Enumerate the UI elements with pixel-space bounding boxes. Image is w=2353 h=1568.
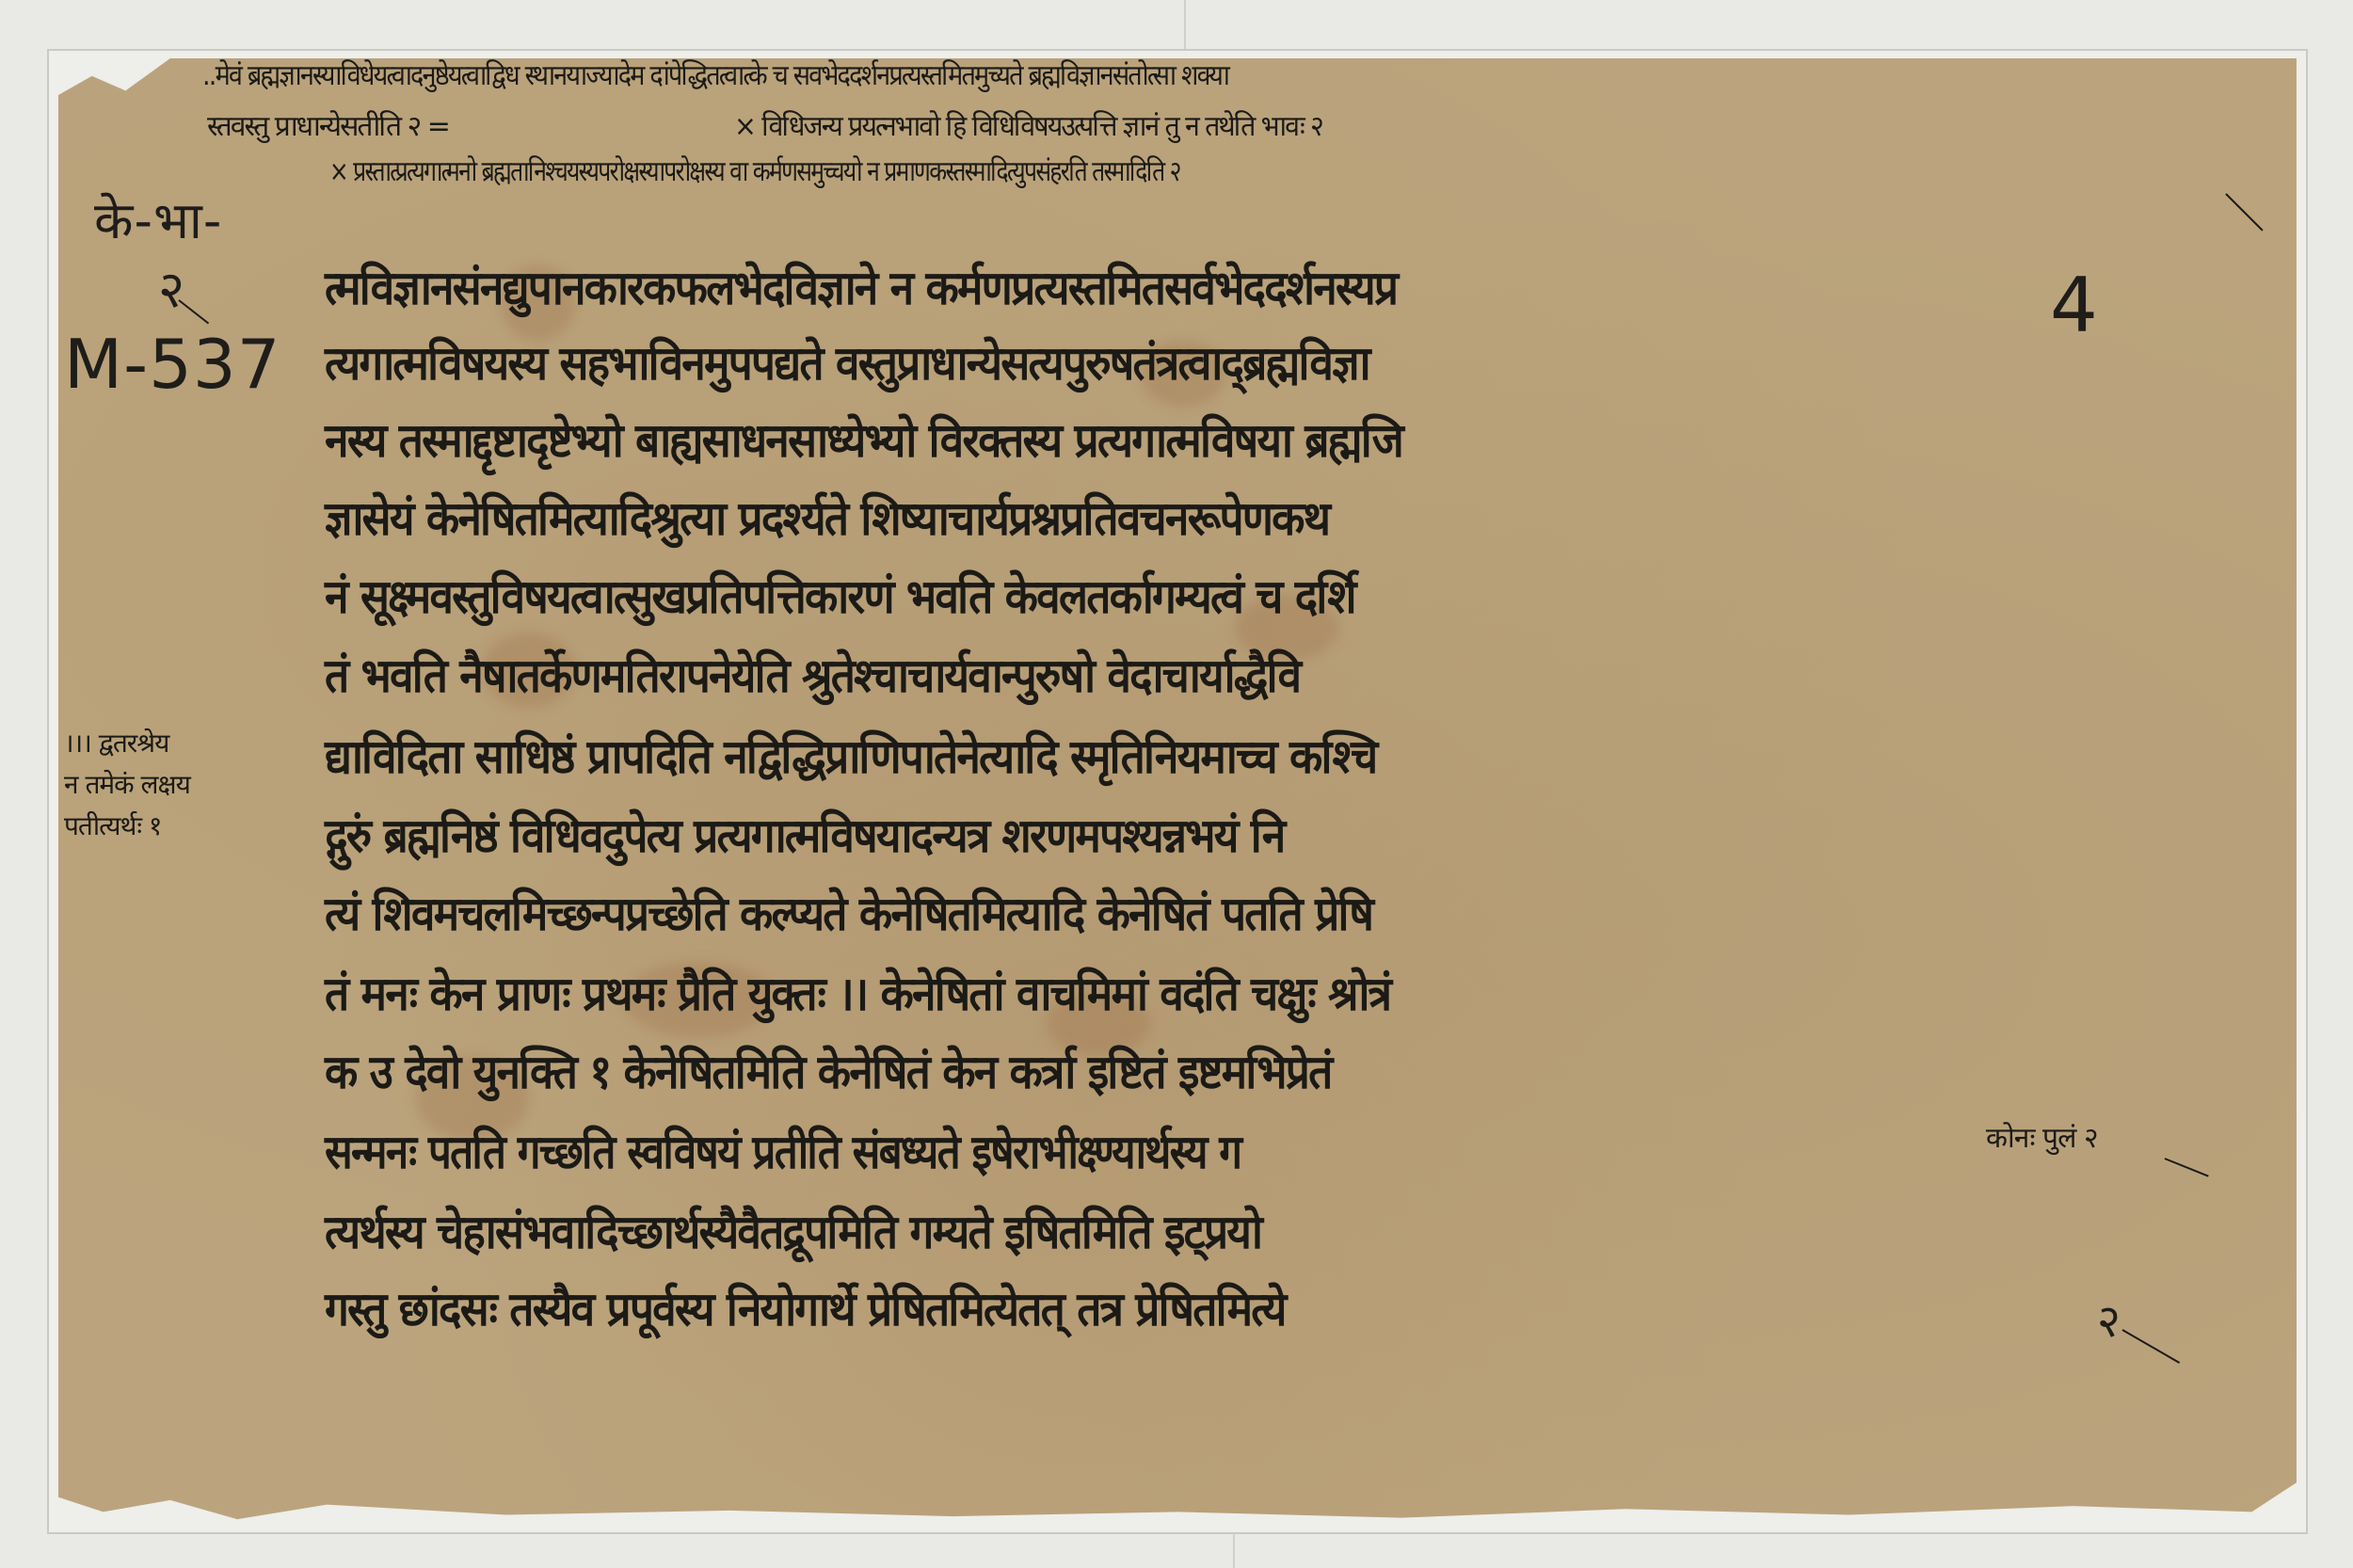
text-line: त्यगात्मविषयस्य सहभाविनमुपपद्यते वस्तुप्… xyxy=(325,329,1369,393)
leaf-marker-bottom-right: २ xyxy=(2097,1289,2120,1351)
folio-abbreviation: के-भा- xyxy=(94,184,222,253)
left-note-line: पतीत्यर्थः १ xyxy=(64,806,190,847)
left-note-line: ।।। द्वतरश्रेय xyxy=(64,723,190,764)
text-line: तं मनः केन प्राणः प्रथमः प्रैति युक्तः ।… xyxy=(325,960,1390,1024)
mount-fold-top xyxy=(1184,0,1186,49)
text-line: त्मविज्ञानसंनद्युपानकारकफलभेदविज्ञाने न … xyxy=(325,254,1397,318)
text-line: ज्ञासेयं केनेषितमित्यादिश्रुत्या प्रदर्श… xyxy=(325,485,1329,549)
text-line: तं भवति नैषातर्केणमतिरापनेयेति श्रुतेश्च… xyxy=(325,642,1300,706)
top-gloss-line-1: ..मेवं ब्रह्मज्ञानस्याविधेयत्वादनुष्ठेयत… xyxy=(202,55,2032,93)
catalog-number: M-537 xyxy=(64,325,281,404)
text-line: द्याविदिता साधिष्ठं प्रापदिति नद्विद्धिप… xyxy=(325,723,1376,787)
right-margin-note: कोनः पुलं २ xyxy=(1986,1118,2098,1160)
text-line: नस्य तस्माद्दृष्टादृष्टेभ्यो बाह्यसाधनसा… xyxy=(325,407,1402,471)
text-line: सन्मनः पतति गच्छति स्वविषयं प्रतीति संबध… xyxy=(325,1118,1241,1182)
top-gloss-line-2a: स्तवस्तु प्राधान्येसतीति २ = xyxy=(207,105,449,144)
text-line: गस्तु छांदसः तस्यैव प्रपूर्वस्य नियोगार्… xyxy=(325,1275,1286,1339)
top-gloss-line-2b: × विधिजन्य प्रयत्नभावो हि विधिविषयउत्पत्… xyxy=(734,105,1322,144)
text-line: नं सूक्ष्मवस्तुविषयत्वात्सुखप्रतिपत्तिका… xyxy=(325,563,1355,627)
top-gloss-line-3: × प्रस्तात्प्रत्यगात्मनो ब्रह्मतानिश्चयस… xyxy=(329,151,1180,189)
mount-fold-bottom xyxy=(1233,1534,1235,1568)
left-note-line: न तमेकं लक्षय xyxy=(64,764,190,806)
leaf-marker-left: २ xyxy=(158,252,184,322)
left-margin-note: ।।। द्वतरश्रेय न तमेकं लक्षय पतीत्यर्थः … xyxy=(64,723,190,847)
text-line: क उ देवो युनक्ति १ केनेषितमिति केनेषितं … xyxy=(325,1038,1331,1102)
text-line: त्यर्थस्य चेहासंभवादिच्छार्थस्यैवैतद्रूप… xyxy=(325,1198,1261,1262)
folio-number: 4 xyxy=(2050,262,2097,349)
text-line: त्यं शिवमचलमिच्छन्पप्रच्छेति कल्प्यते के… xyxy=(325,880,1372,944)
text-line: द्गुरुं ब्रह्मनिष्ठं विधिवदुपेत्य प्रत्य… xyxy=(325,802,1284,866)
